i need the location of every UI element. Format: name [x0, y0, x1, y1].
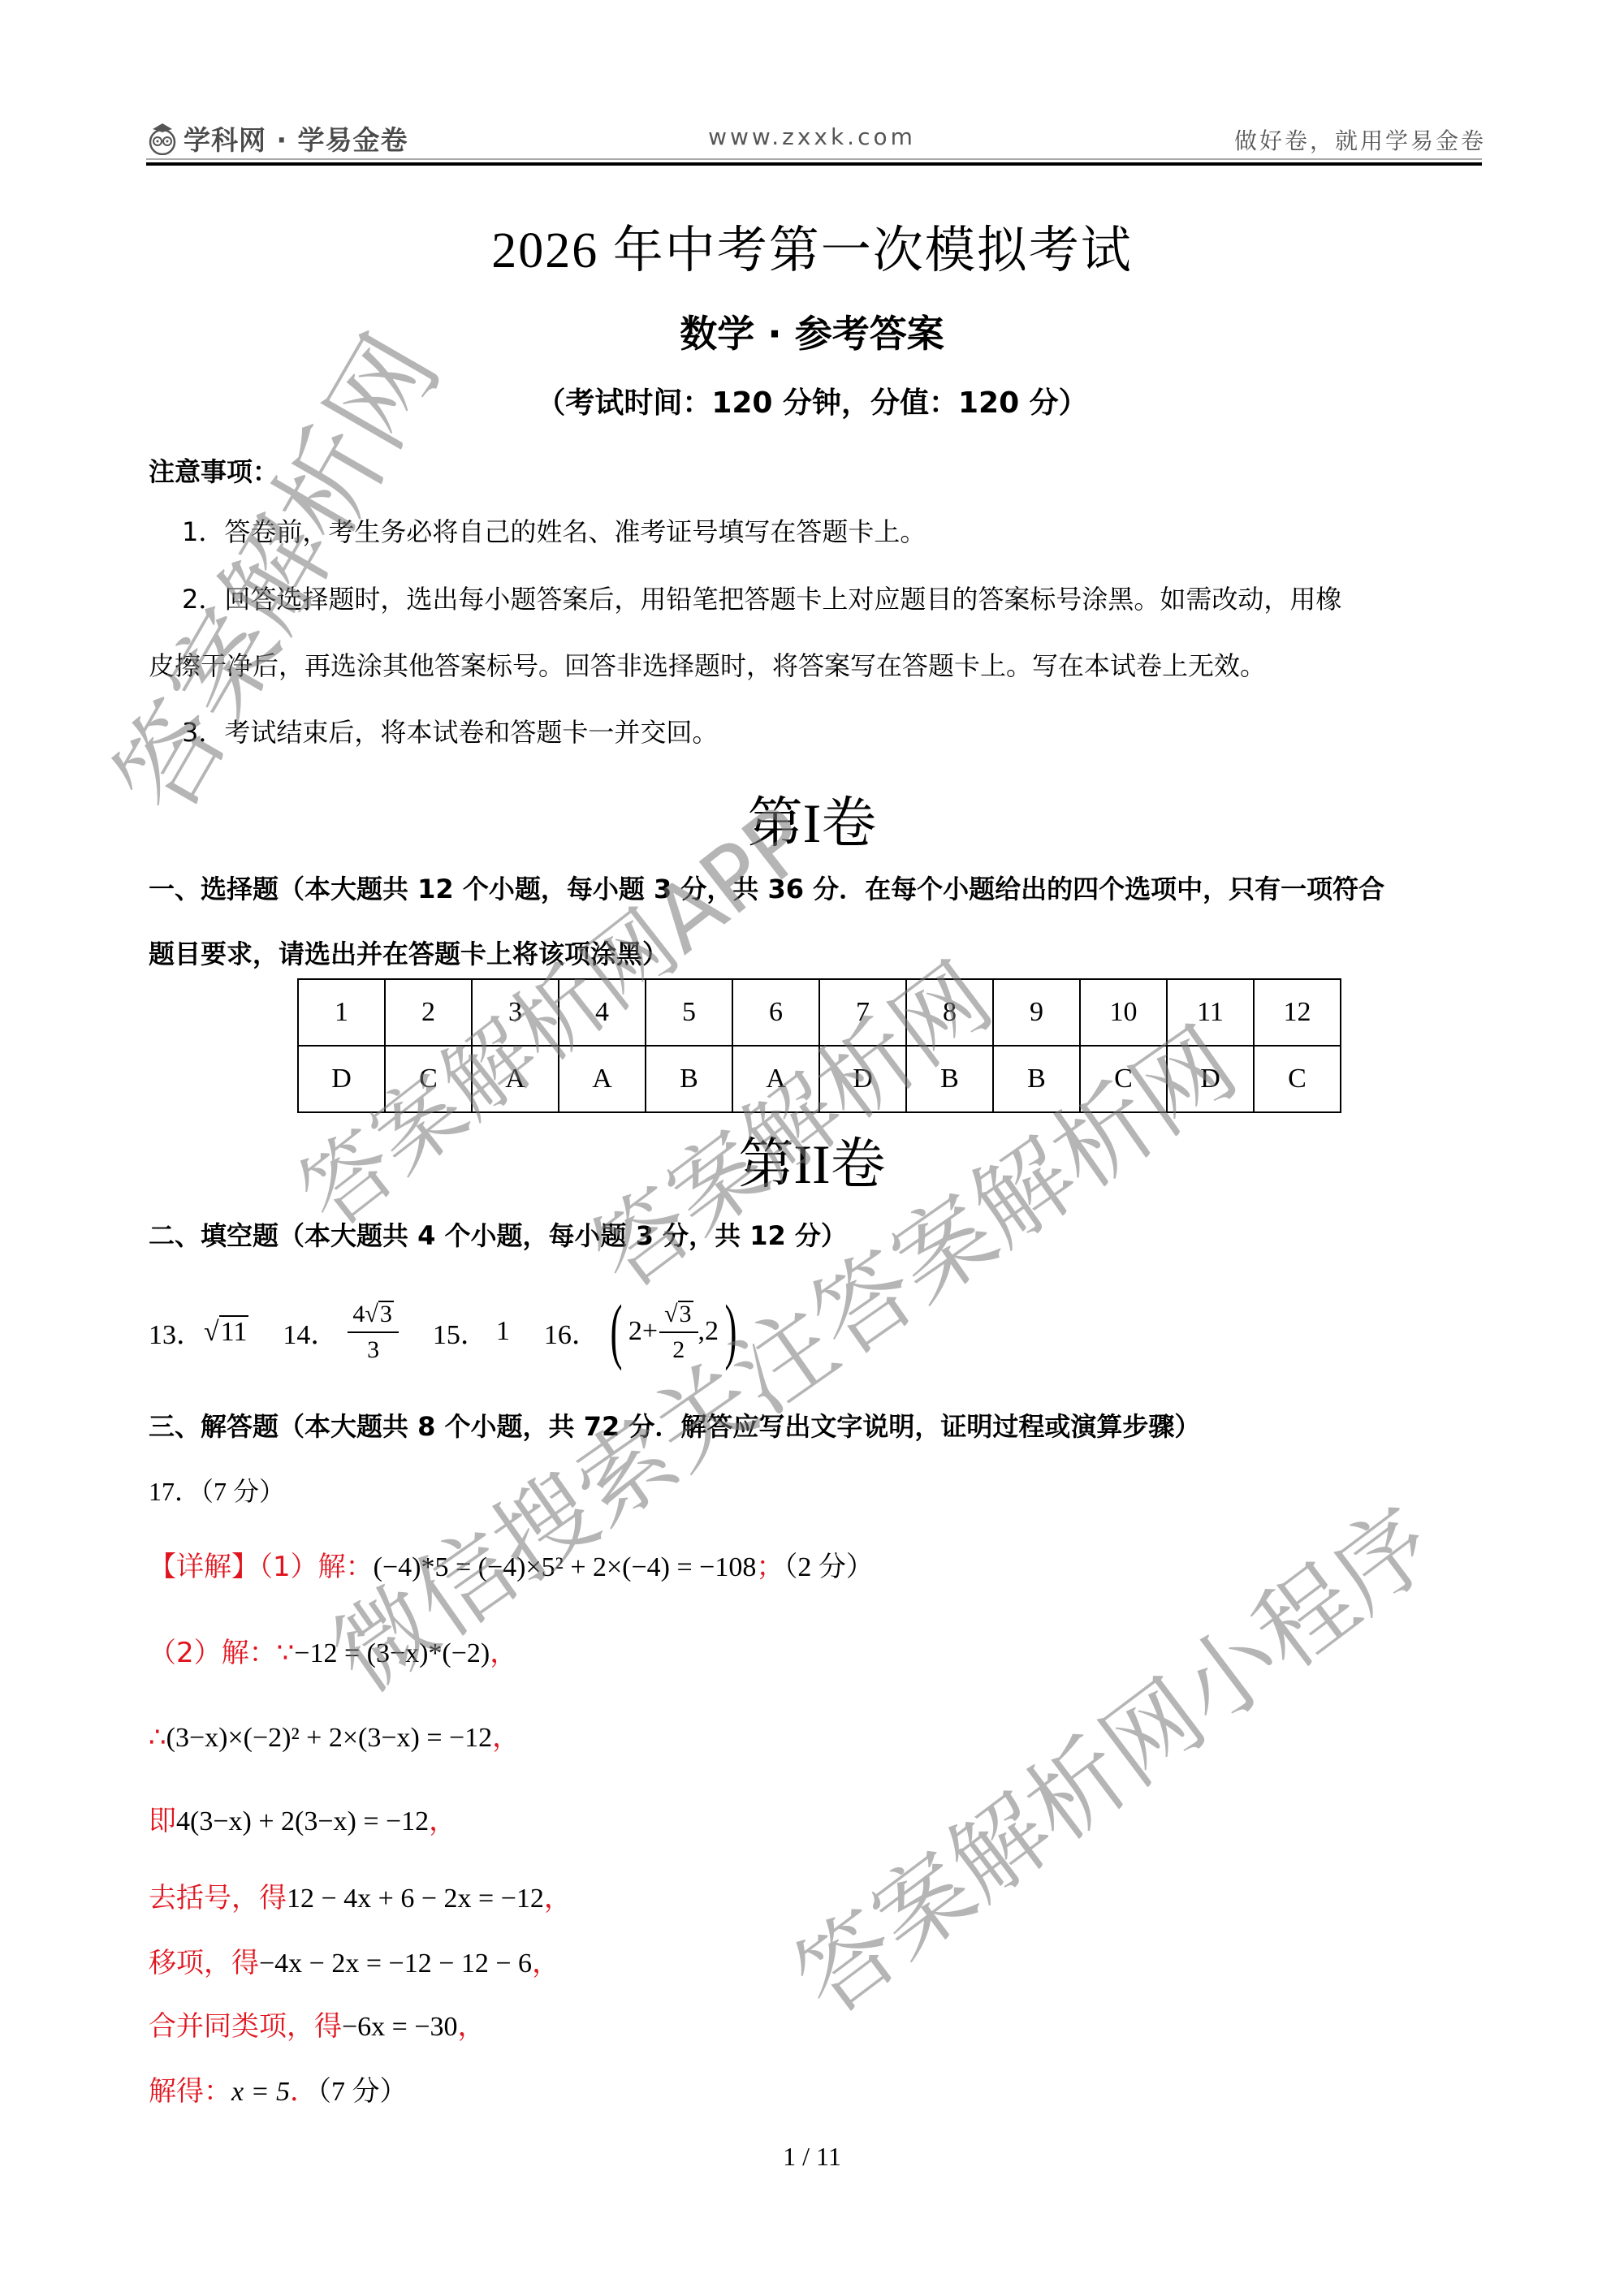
question-number: 4 [559, 979, 646, 1046]
solution-line-1: 【详解】（1）解：(−4)*5 = (−4)×5² + 2×(−4) = −10… [149, 1544, 874, 1584]
notes-title: 注意事项： [149, 451, 279, 489]
solution-line-4: 即4(3−x) + 2(3−x) = −12， [149, 1798, 456, 1838]
fraction: 4√3 3 [348, 1301, 398, 1362]
answer-14-number: 14． [283, 1312, 338, 1352]
note-item-1: 1．答卷前，考生务必将自己的姓名、准考证号填写在答题卡上。 [182, 516, 926, 548]
score-note: （2 分） [784, 1552, 874, 1582]
sqrt-expression: √11 [204, 1315, 248, 1348]
question-number: 6 [732, 979, 819, 1046]
answer-13-number: 13． [149, 1312, 204, 1352]
fraction: √3 2 [659, 1301, 698, 1362]
radical-sign-icon: √ [365, 1302, 378, 1327]
solution-label: 移项，得 [149, 1947, 259, 1979]
header-rule-thin [146, 158, 1482, 160]
score-note: （7 分） [317, 2077, 408, 2107]
question-number: 12 [1254, 979, 1341, 1046]
math-expression: (3−x)×(−2)² + 2×(3−x) = −12 [166, 1723, 493, 1753]
table-row-answers: D C A A B A D B B C D C [298, 1046, 1341, 1112]
note-item-2: 2．回答选择题时，选出每小题答案后，用铅笔把答题卡上对应题目的答案标号涂黑。如需… [182, 583, 1341, 615]
question-number: 1 [298, 979, 385, 1046]
section-3-heading: 三、解答题（本大题共 8 个小题，共 72 分．解答应写出文字说明，证明过程或演… [149, 1406, 1200, 1444]
page-title: 2026 年中考第一次模拟考试 [0, 209, 1624, 282]
math-expression: 4(3−x) + 2(3−x) = −12 [176, 1806, 429, 1836]
answer-16: 16． ( 2+ √3 2 ,2 ) [544, 1295, 743, 1368]
question-number: 2 [385, 979, 472, 1046]
volume-1-heading: 第I卷 [0, 779, 1624, 858]
header-slogan: 做好卷，就用学易金卷 [1234, 123, 1486, 156]
math-expression: x = 5 [231, 2077, 290, 2107]
section-2-heading: 二、填空题（本大题共 4 个小题，每小题 3 分，共 12 分） [149, 1215, 847, 1253]
answer-15-number: 15． [433, 1312, 488, 1352]
fraction-numerator: √3 [659, 1301, 698, 1333]
note-item-2-cont: 皮擦干净后，再选涂其他答案标号。回答非选择题时，将答案写在答题卡上。写在本试卷上… [149, 650, 1266, 682]
answer-15: 15． 1 [433, 1312, 510, 1352]
solution-label: 【详解】（1）解： [149, 1551, 374, 1583]
solution-label: 去括号，得 [149, 1882, 287, 1914]
question-number: 3 [472, 979, 559, 1046]
solution-label: 即 [149, 1805, 176, 1837]
answer-cell: C [385, 1046, 472, 1112]
solution-line-6: 移项，得−4x − 2x = −12 − 12 − 6， [149, 1940, 559, 1980]
math-expression: (−4)*5 = (−4)×5² + 2×(−4) = −108 [374, 1552, 757, 1582]
solution-line-3: ∴(3−x)×(−2)² + 2×(3−x) = −12， [149, 1715, 520, 1754]
answer-cell: A [472, 1046, 559, 1112]
answer-cell: A [732, 1046, 819, 1112]
answer-15-value: 1 [496, 1316, 510, 1347]
solution-line-5: 去括号，得12 − 4x + 6 − 2x = −12， [149, 1875, 572, 1915]
fraction-denominator: 2 [672, 1333, 685, 1362]
right-paren-icon: ) [725, 1295, 737, 1368]
answer-cell: B [906, 1046, 993, 1112]
fraction-numerator: 4√3 [348, 1301, 398, 1333]
math-expression: 12 − 4x + 6 − 2x = −12 [287, 1884, 544, 1914]
answer-cell: D [1167, 1046, 1254, 1112]
question-number: 11 [1167, 979, 1254, 1046]
table-row-numbers: 1 2 3 4 5 6 7 8 9 10 11 12 [298, 979, 1341, 1046]
question-17-label: 17．（7 分） [149, 1471, 285, 1508]
volume-2-heading: 第II卷 [0, 1120, 1624, 1199]
section-1-heading-cont: 题目要求，请选出并在答题卡上将该项涂黑） [149, 934, 668, 971]
section-1-heading: 一、选择题（本大题共 12 个小题，每小题 3 分，共 36 分．在每个小题给出… [149, 869, 1384, 906]
answer-cell: B [646, 1046, 732, 1112]
answer-13: 13． √11 [149, 1312, 248, 1352]
math-expression: −12 = (3−x)*(−2) [294, 1638, 490, 1668]
left-paren-icon: ( [610, 1295, 622, 1368]
question-number: 7 [819, 979, 906, 1046]
radical-sign-icon: √ [664, 1302, 677, 1327]
solution-line-2: （2）解：∵−12 = (3−x)*(−2)， [149, 1630, 517, 1670]
answer-cell: D [298, 1046, 385, 1112]
answer-cell: C [1080, 1046, 1167, 1112]
answer-cell: D [819, 1046, 906, 1112]
math-expression: −6x = −30 [342, 2012, 458, 2042]
answer-cell: C [1254, 1046, 1341, 1112]
radical-sign-icon: √ [204, 1317, 219, 1348]
header-rule-thick [146, 162, 1482, 166]
question-number: 9 [993, 979, 1080, 1046]
answer-16-number: 16． [544, 1312, 599, 1352]
question-number: 10 [1080, 979, 1167, 1046]
page-subtitle: 数学 · 参考答案 [0, 304, 1624, 358]
solution-line-8: 解得：x = 5．（7 分） [149, 2069, 408, 2108]
question-number: 8 [906, 979, 993, 1046]
answer-14: 14． 4√3 3 [283, 1301, 398, 1362]
fraction-denominator: 3 [367, 1333, 379, 1362]
therefore-icon: ∴ [149, 1721, 166, 1754]
page-number: 1 / 11 [0, 2142, 1624, 2172]
question-number: 5 [646, 979, 732, 1046]
answer-cell: B [993, 1046, 1080, 1112]
math-expression: −4x − 2x = −12 − 12 − 6 [259, 1949, 532, 1979]
fill-blank-answers: 13． √11 14． 4√3 3 15． 1 16． ( 2+ √3 2 ,2… [149, 1283, 777, 1380]
solution-line-7: 合并同类项，得−6x = −30， [149, 2004, 486, 2044]
solution-label: 解得： [149, 2075, 231, 2108]
exam-time-info: （考试时间：120 分钟，分值：120 分） [0, 380, 1624, 421]
choice-answer-table: 1 2 3 4 5 6 7 8 9 10 11 12 D C A A B A D… [297, 978, 1341, 1113]
solution-label: （2）解：∵ [149, 1637, 294, 1669]
answer-cell: A [559, 1046, 646, 1112]
note-item-3: 3．考试结束后，将本试卷和答题卡一并交回。 [182, 716, 718, 749]
solution-label: 合并同类项，得 [149, 2010, 342, 2043]
